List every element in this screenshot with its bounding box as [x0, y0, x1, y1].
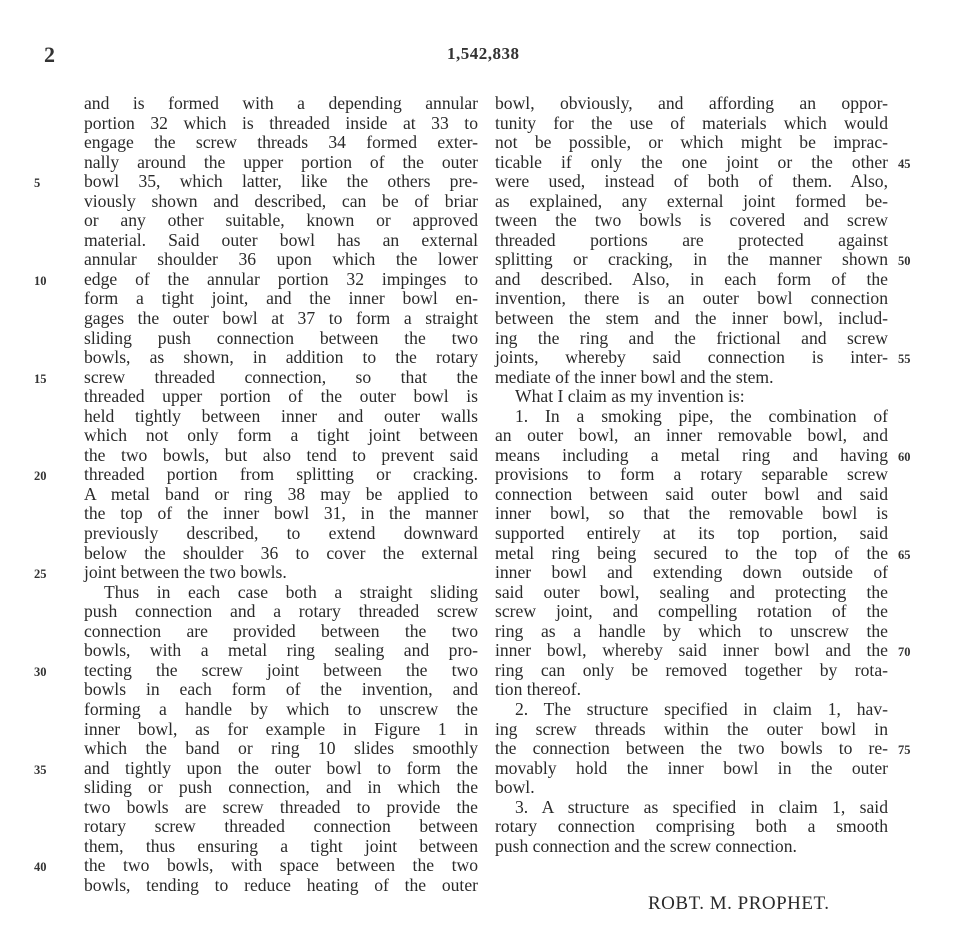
text-line: bowls, as shown, in addition to the rota… — [84, 348, 478, 368]
text-line: held tightly between inner and outer wal… — [84, 407, 478, 427]
margin-line-number: 15 — [34, 372, 47, 387]
margin-line-number: 70 — [898, 645, 911, 660]
text-line: What I claim as my invention is: — [495, 387, 888, 407]
text-line: inner bowl, as for example in Figure 1 i… — [84, 720, 478, 740]
margin-line-number: 20 — [34, 469, 47, 484]
text-line: viously shown and described, can be of b… — [84, 192, 478, 212]
text-line: nally around the upper portion of the ou… — [84, 153, 478, 173]
text-line: and described. Also, in each form of the — [495, 270, 888, 290]
text-line: which not only form a tight joint betwee… — [84, 426, 478, 446]
right-column: bowl, obviously, and affording an oppor-… — [495, 94, 888, 856]
text-line: ring can only be removed together by rot… — [495, 661, 888, 681]
text-line: rotary screw threaded connection between — [84, 817, 478, 837]
text-line: bowls, tending to reduce heating of the … — [84, 876, 478, 896]
text-line: bowl 35, which latter, like the others p… — [84, 172, 478, 192]
text-line: and is formed with a depending annular — [84, 94, 478, 114]
text-line: two bowls are screw threaded to provide … — [84, 798, 478, 818]
text-line: ing screw threads within the outer bowl … — [495, 720, 888, 740]
margin-line-number: 35 — [34, 763, 47, 778]
margin-line-number: 40 — [34, 860, 47, 875]
text-line: inner bowl, whereby said inner bowl and … — [495, 641, 888, 661]
text-line: were used, instead of both of them. Also… — [495, 172, 888, 192]
text-line: joint between the two bowls. — [84, 563, 478, 583]
text-line: bowl. — [495, 778, 888, 798]
text-line: A metal band or ring 38 may be applied t… — [84, 485, 478, 505]
text-line: form a tight joint, and the inner bowl e… — [84, 289, 478, 309]
text-line: inner bowl, so that the removable bowl i… — [495, 504, 888, 524]
text-line: screw threaded connection, so that the — [84, 368, 478, 388]
text-line: not be possible, or which might be impra… — [495, 133, 888, 153]
text-line: bowls, with a metal ring sealing and pro… — [84, 641, 478, 661]
patent-number: 1,542,838 — [447, 44, 520, 64]
text-line: ticable if only the one joint or the oth… — [495, 153, 888, 173]
margin-line-number: 50 — [898, 254, 911, 269]
text-line: or any other suitable, known or approved — [84, 211, 478, 231]
text-line: invention, there is an outer bowl connec… — [495, 289, 888, 309]
margin-line-number: 55 — [898, 352, 911, 367]
text-line: means including a metal ring and having — [495, 446, 888, 466]
margin-line-number: 75 — [898, 743, 911, 758]
text-line: said outer bowl, sealing and protecting … — [495, 583, 888, 603]
text-line: splitting or cracking, in the manner sho… — [495, 250, 888, 270]
text-line: as explained, any external joint formed … — [495, 192, 888, 212]
text-line: ing the ring and the frictional and scre… — [495, 329, 888, 349]
text-line: engage the screw threads 34 formed exter… — [84, 133, 478, 153]
margin-line-number: 10 — [34, 274, 47, 289]
text-line: bowls in each form of the invention, and — [84, 680, 478, 700]
text-line: threaded upper portion of the outer bowl… — [84, 387, 478, 407]
text-line: metal ring being secured to the top of t… — [495, 544, 888, 564]
text-line: forming a handle by which to unscrew the — [84, 700, 478, 720]
text-line: 3. A structure as specified in claim 1, … — [495, 798, 888, 818]
margin-line-number: 60 — [898, 450, 911, 465]
text-line: below the shoulder 36 to cover the exter… — [84, 544, 478, 564]
text-line: 1. In a smoking pipe, the combination of — [495, 407, 888, 427]
text-line: 2. The structure specified in claim 1, h… — [495, 700, 888, 720]
margin-line-number: 65 — [898, 548, 911, 563]
text-line: edge of the annular portion 32 impinges … — [84, 270, 478, 290]
left-column: and is formed with a depending annularpo… — [84, 94, 478, 895]
text-line: them, thus ensuring a tight joint betwee… — [84, 837, 478, 857]
text-line: inner bowl and extending down outside of — [495, 563, 888, 583]
text-line: connection between said outer bowl and s… — [495, 485, 888, 505]
text-line: joints, whereby said connection is inter… — [495, 348, 888, 368]
text-line: threaded portion from splitting or crack… — [84, 465, 478, 485]
margin-line-number: 5 — [34, 176, 40, 191]
text-line: threaded portions are protected against — [495, 231, 888, 251]
text-line: gages the outer bowl at 37 to form a str… — [84, 309, 478, 329]
text-line: sliding or push connection, and in which… — [84, 778, 478, 798]
inventor-signature: ROBT. M. PROPHET. — [648, 893, 829, 915]
text-line: Thus in each case both a straight slidin… — [84, 583, 478, 603]
text-line: screw joint, and compelling rotation of … — [495, 602, 888, 622]
text-line: movably hold the inner bowl in the outer — [495, 759, 888, 779]
margin-line-number: 30 — [34, 665, 47, 680]
text-line: the connection between the two bowls to … — [495, 739, 888, 759]
text-line: mediate of the inner bowl and the stem. — [495, 368, 888, 388]
text-line: portion 32 which is threaded inside at 3… — [84, 114, 478, 134]
margin-line-number: 25 — [34, 567, 47, 582]
text-line: the two bowls, but also tend to prevent … — [84, 446, 478, 466]
text-line: ring as a handle by which to unscrew the — [495, 622, 888, 642]
text-line: push connection and the screw connection… — [495, 837, 888, 857]
text-line: the top of the inner bowl 31, in the man… — [84, 504, 478, 524]
page-number: 2 — [44, 42, 55, 68]
text-line: tion thereof. — [495, 680, 888, 700]
text-line: tween the two bowls is covered and screw — [495, 211, 888, 231]
margin-line-number: 45 — [898, 157, 911, 172]
text-line: provisions to form a rotary separable sc… — [495, 465, 888, 485]
text-line: sliding push connection between the two — [84, 329, 478, 349]
text-line: between the stem and the inner bowl, inc… — [495, 309, 888, 329]
text-line: connection are provided between the two — [84, 622, 478, 642]
text-line: tecting the screw joint between the two — [84, 661, 478, 681]
text-line: tunity for the use of materials which wo… — [495, 114, 888, 134]
text-line: and tightly upon the outer bowl to form … — [84, 759, 478, 779]
text-line: which the band or ring 10 slides smoothl… — [84, 739, 478, 759]
text-line: an outer bowl, an inner removable bowl, … — [495, 426, 888, 446]
text-line: bowl, obviously, and affording an oppor- — [495, 94, 888, 114]
text-line: push connection and a rotary threaded sc… — [84, 602, 478, 622]
text-line: previously described, to extend downward — [84, 524, 478, 544]
text-line: annular shoulder 36 upon which the lower — [84, 250, 478, 270]
text-line: rotary connection comprising both a smoo… — [495, 817, 888, 837]
text-line: supported entirely at its top portion, s… — [495, 524, 888, 544]
text-line: the two bowls, with space between the tw… — [84, 856, 478, 876]
text-line: material. Said outer bowl has an externa… — [84, 231, 478, 251]
